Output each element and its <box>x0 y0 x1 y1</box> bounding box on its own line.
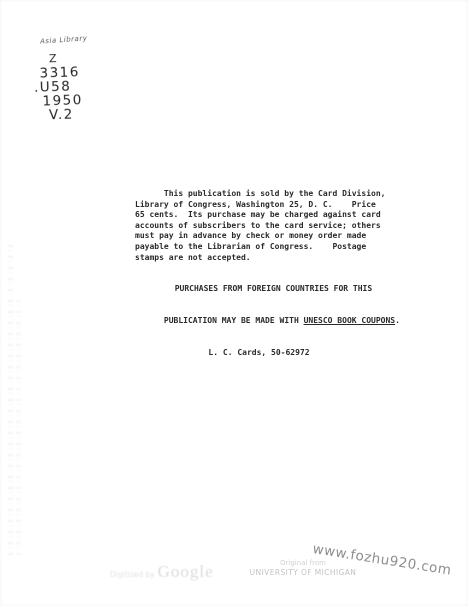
foreign-note-line2-suffix: . <box>395 316 400 325</box>
original-from-footer: Original from UNIVERSITY OF MICHIGAN <box>238 559 368 578</box>
google-logo-text: Google <box>158 562 214 582</box>
left-edge-bleed <box>8 245 13 557</box>
digitized-by-label: Digitized by <box>110 570 155 579</box>
foreign-purchase-note: PURCHASES FROM FOREIGN COUNTRIES FOR THI… <box>135 273 383 337</box>
lc-card-number: L. C. Cards, 50-62972 <box>135 348 383 359</box>
digitized-by-footer: Digitized by Google <box>110 562 214 582</box>
library-stamp: Asia Library <box>40 34 88 45</box>
foreign-note-line2-prefix: PUBLICATION MAY BE MADE WITH <box>164 316 304 325</box>
publication-notice: This publication is sold by the Card Div… <box>135 189 383 358</box>
call-number: Z 3316 .U58 1950 V.2 <box>33 51 84 123</box>
original-from-label: Original from <box>238 559 368 568</box>
unesco-coupons-underlined: UNESCO BOOK COUPONS <box>304 316 396 325</box>
left-edge-bleed <box>16 300 21 555</box>
institution-name: UNIVERSITY OF MICHIGAN <box>238 568 368 578</box>
foreign-note-line1: PURCHASES FROM FOREIGN COUNTRIES FOR THI… <box>175 284 372 293</box>
call-number-line: V.2 <box>49 107 84 122</box>
scanned-page: Asia Library Z 3316 .U58 1950 V.2 This p… <box>0 0 468 606</box>
notice-paragraph: This publication is sold by the Card Div… <box>135 189 383 263</box>
